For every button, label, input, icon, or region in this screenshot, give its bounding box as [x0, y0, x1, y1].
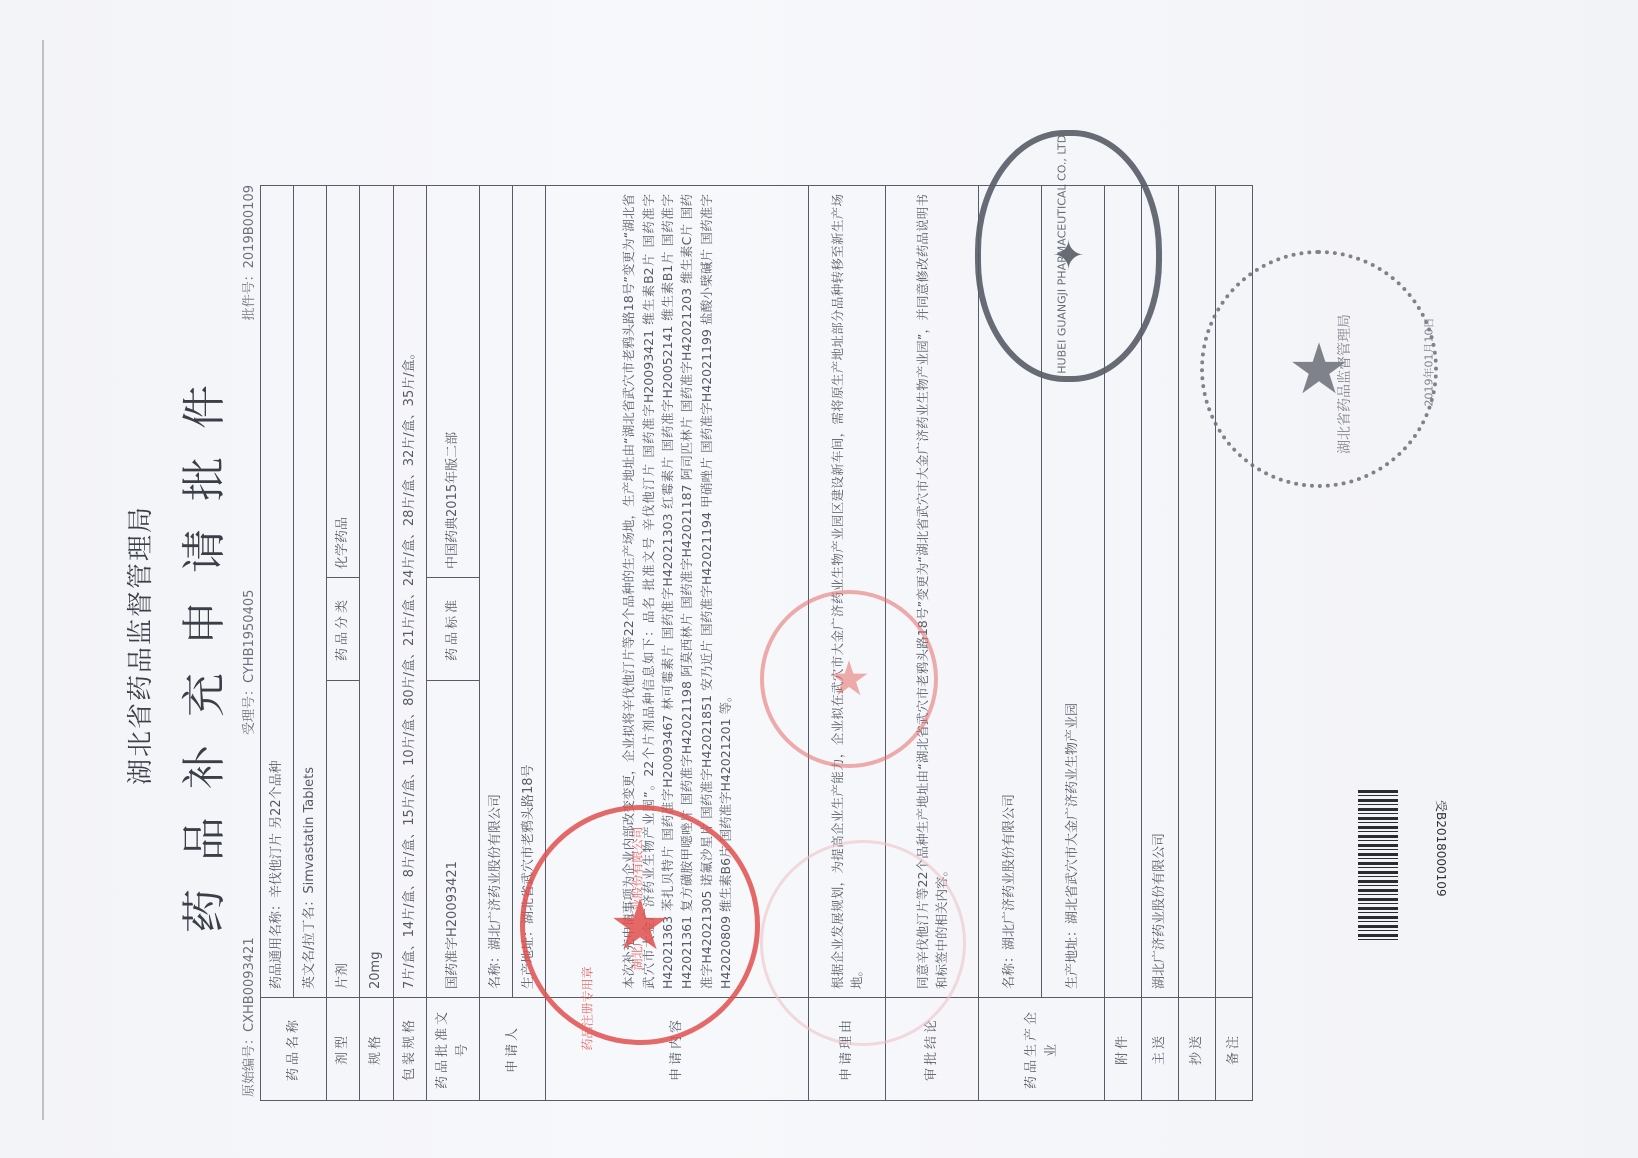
faded-seal — [760, 840, 966, 1046]
label-drug-standard: 药品标准 — [426, 578, 479, 681]
original-number: 原始编号：CXHB0093421 — [238, 937, 257, 1097]
drug-class-value: 化学药品 — [327, 186, 360, 578]
label-strength: 规格 — [360, 998, 393, 1101]
drug-english-name: 英文名/拉丁名：Simvastatin Tablets — [294, 186, 327, 998]
secondary-red-seal: ★ — [760, 590, 938, 768]
row-packaging: 包装规格 7片/盒、14片/盒、8片/盒、15片/盒、10片/盒、80片/盒、2… — [393, 186, 426, 1101]
cc-value — [1179, 186, 1216, 998]
row-applicant: 申请人 名称：湖北广济药业股份有限公司 — [479, 186, 512, 1101]
row-drug-name: 药品名称 药品通用名称：辛伐他汀片 另22个品种 — [261, 186, 294, 1101]
label-remarks: 备注 — [1216, 998, 1253, 1101]
applicant-name: 名称：湖北广济药业股份有限公司 — [479, 186, 512, 998]
document-title: 药品补充申请批件 — [168, 175, 232, 1115]
strength-value: 20mg — [360, 186, 393, 998]
document-barcode — [1358, 790, 1398, 940]
label-dosage-form: 剂型 — [327, 998, 360, 1101]
row-approval-doc: 药品批准文号 国药准字H20093421 药品标准 中国药典2015年版二部 — [426, 186, 479, 1101]
label-approval-doc: 药品批准文号 — [426, 998, 479, 1101]
approval-number: 批件号：2019B00109 — [238, 185, 257, 320]
row-dosage-form: 剂型 片剂 药品分类 化学药品 — [327, 186, 360, 1101]
label-drug-class: 药品分类 — [327, 578, 360, 681]
barcode-number: 受B2018000109 — [1433, 800, 1450, 897]
drug-standard-value: 中国药典2015年版二部 — [426, 186, 479, 578]
packaging-value: 7片/盒、14片/盒、8片/盒、15片/盒、10片/盒、80片/盒、21片/盒、… — [393, 186, 426, 998]
scanned-page: 湖北省药品监督管理局 药品补充申请批件 原始编号：CXHB0093421 受理号… — [0, 0, 1638, 1158]
dosage-form-value: 片剂 — [327, 681, 360, 998]
label-attachment: 附件 — [1105, 998, 1142, 1101]
label-main-to: 主送 — [1142, 998, 1179, 1101]
label-cc: 抄送 — [1179, 998, 1216, 1101]
row-strength: 规格 20mg — [360, 186, 393, 1101]
label-drug-name: 药品名称 — [261, 998, 327, 1101]
scan-edge-line — [42, 40, 44, 1120]
label-packaging: 包装规格 — [393, 998, 426, 1101]
label-applicant: 申请人 — [479, 998, 545, 1101]
approval-doc-value: 国药准字H20093421 — [426, 681, 479, 998]
drug-generic-name: 药品通用名称：辛伐他汀片 另22个品种 — [261, 186, 294, 998]
authority-seal: ★ 湖北省药品监督管理局 2019年01月10日 — [1200, 250, 1438, 488]
star-icon: ★ — [827, 655, 870, 703]
company-seal: ✦ HUBEI GUANGJI PHARMACEUTICAL CO., LTD. — [975, 130, 1162, 382]
acceptance-number: 受理号：CYHB1950405 — [238, 590, 257, 735]
issuing-authority: 湖北省药品监督管理局 — [120, 175, 157, 1115]
applicant-registration-seal: ★ 湖北广济药业股份有限公司 药品注册专用章 — [520, 805, 760, 1045]
label-manufacturer: 药品生产企业 — [979, 998, 1105, 1101]
